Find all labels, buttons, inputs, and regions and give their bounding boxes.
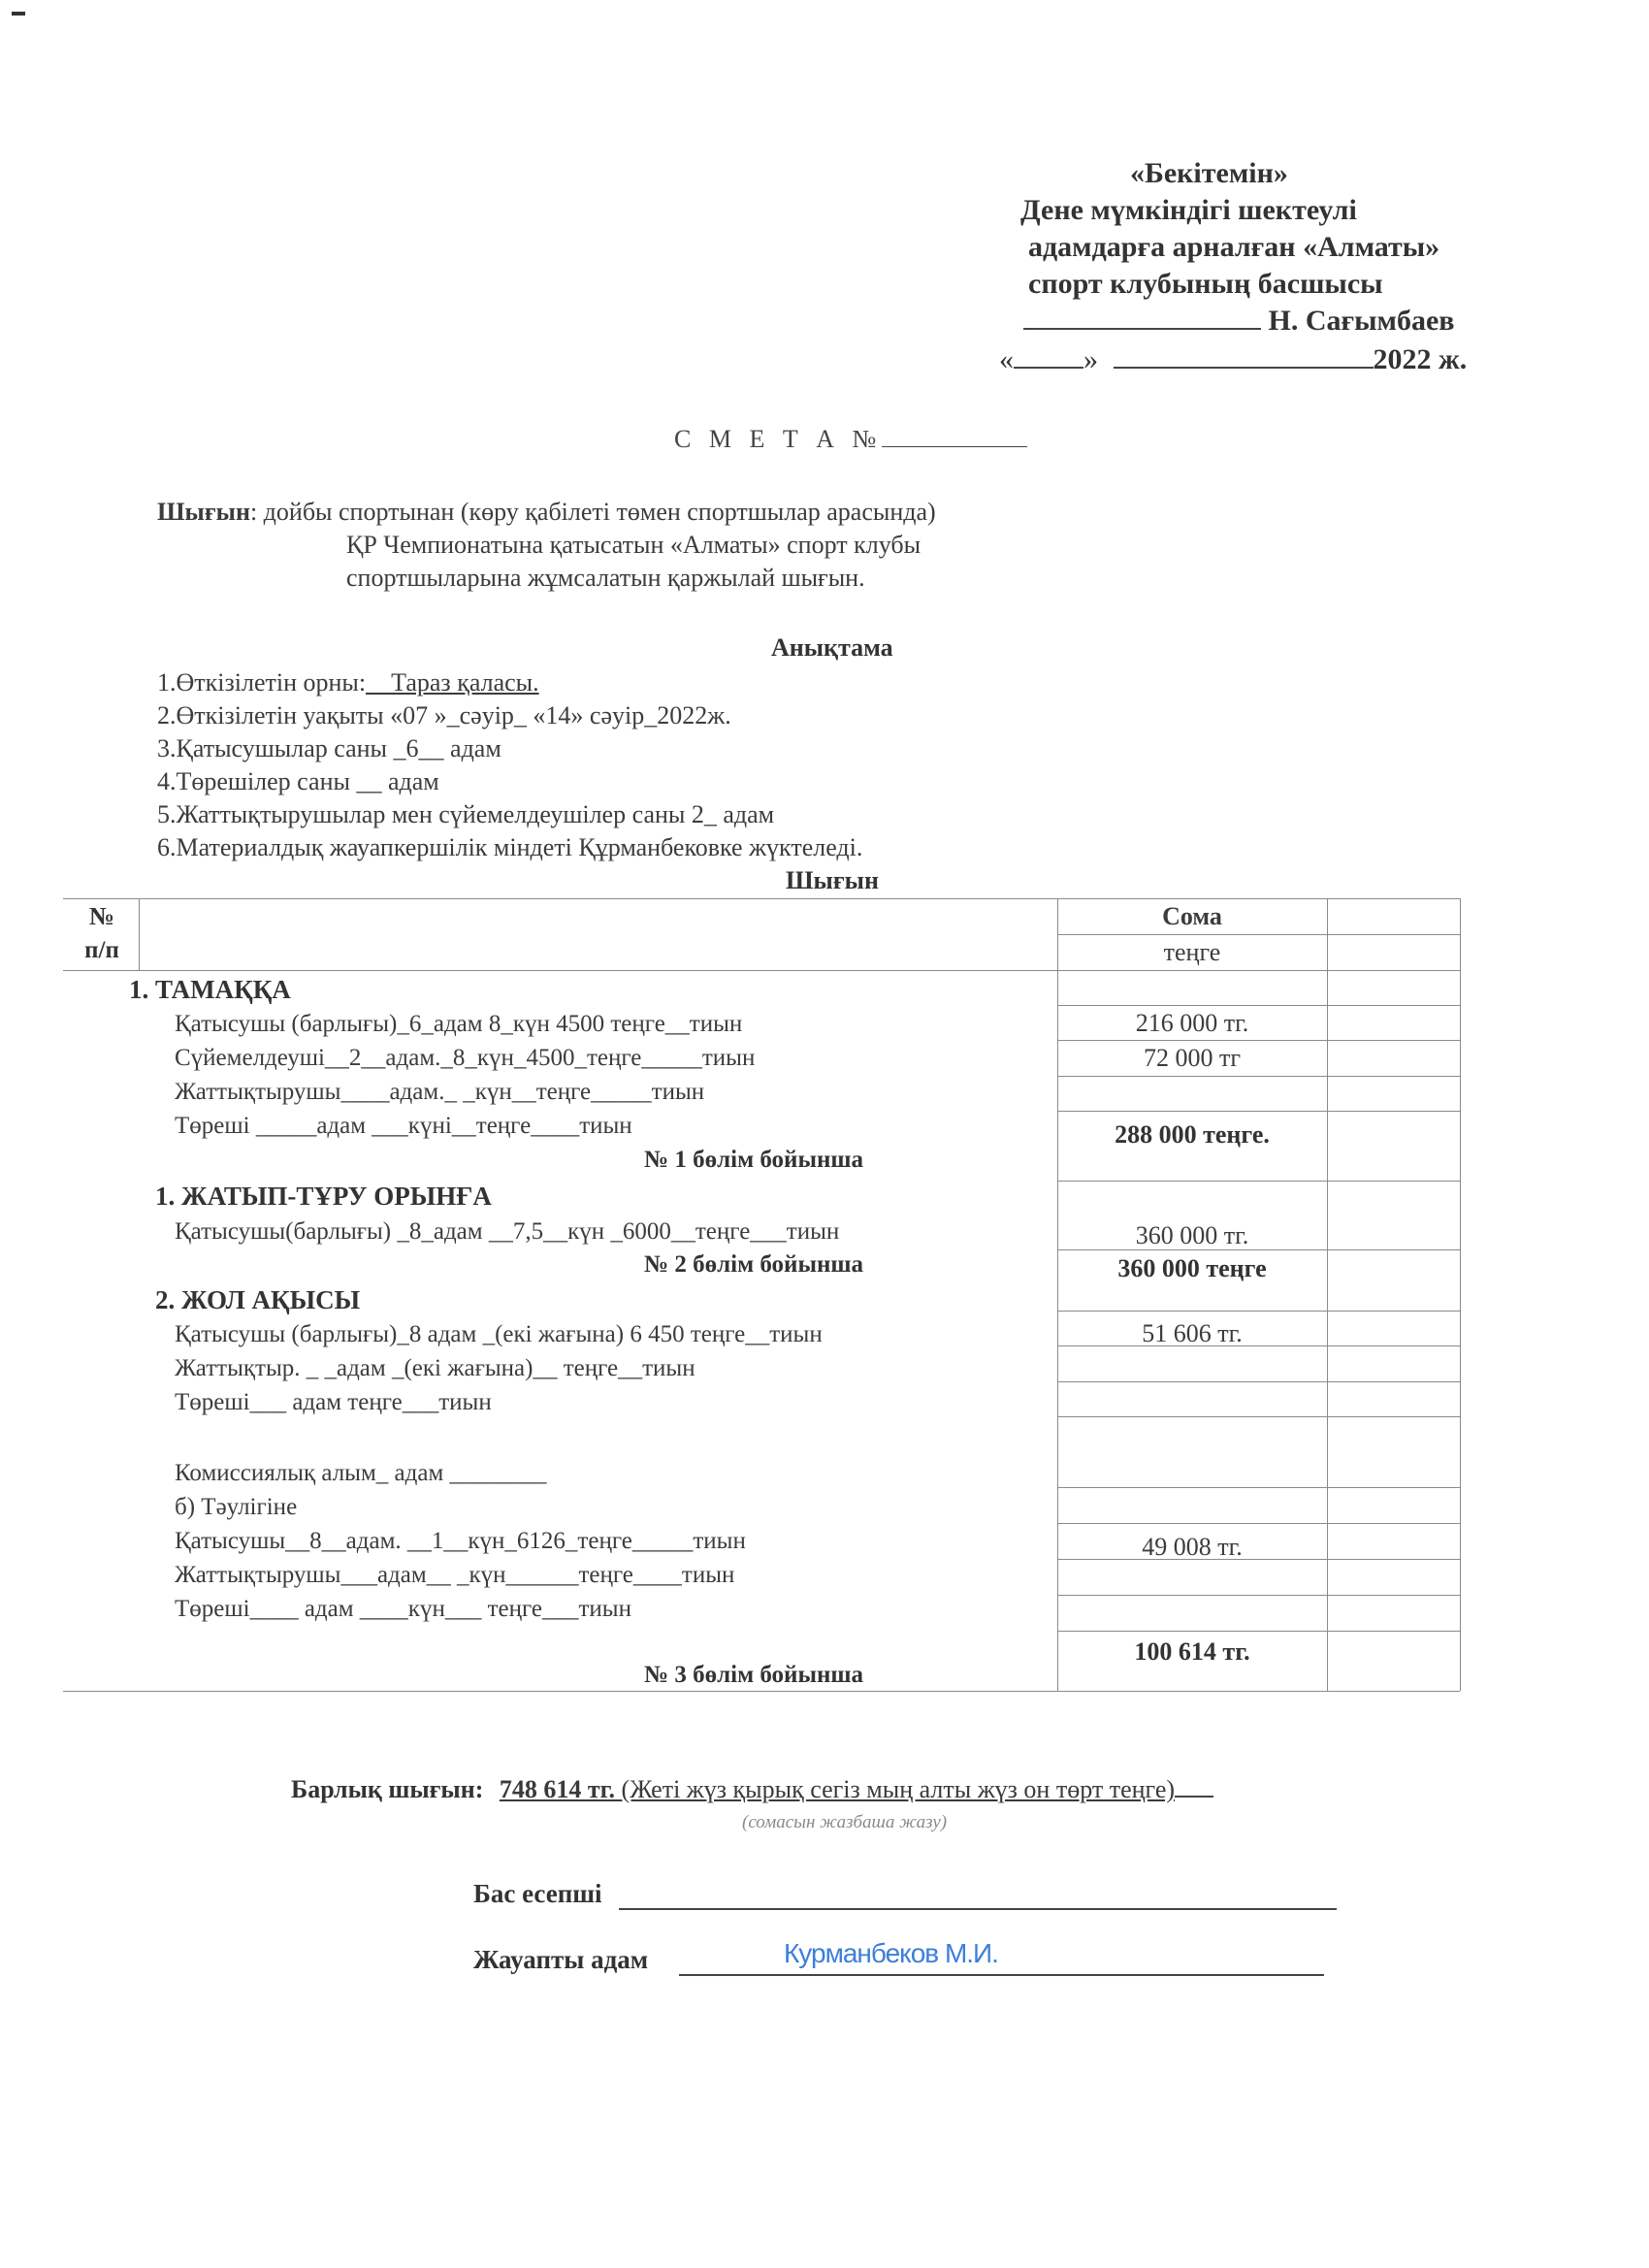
purpose-line-1: Шығын: дойбы спортынан (көру қабілеті тө… [157,497,936,528]
approval-line-2: адамдарға арналған «Алматы» [1028,229,1439,266]
header-amount-currency: теңге [1058,938,1326,967]
grid-line [1057,1111,1460,1112]
chief-accountant-signature-line[interactable] [619,1908,1337,1910]
table-row: Сүйемелдеуші__2__адам._8_күн_4500_теңге_… [175,1045,755,1072]
responsible-signature-line[interactable] [679,1974,1324,1976]
grid-line [1057,1040,1460,1041]
signature-blank[interactable] [1023,303,1261,330]
section-2-title: 1. ЖАТЫП-ТҰРУ ОРЫНҒА [155,1182,492,1212]
table-row: Жаттықтырушы___адам__ _күн______теңге___… [175,1562,734,1589]
chief-accountant-label: Бас есепші [473,1879,602,1909]
grid-line [1057,1416,1460,1417]
approval-year: 2022 ж. [1374,343,1468,375]
purpose-line-2: ҚР Чемпионатына қатысатын «Алматы» спорт… [346,530,921,561]
table-row: Жаттықтыр. _ _адам _(екі жағына)__ теңге… [175,1355,695,1382]
table-bottom-border [63,1691,1460,1692]
grid-line [1057,934,1460,935]
section-3-total-label: № 3 бөлім бойынша [644,1662,863,1689]
reference-item-5: 5.Жаттықтырушылар мен сүйемелдеушілер са… [157,799,774,830]
grand-total-row: Барлық шығын: 748 614 тг. (Жеті жүз қыры… [291,1775,1213,1804]
grid-line [1057,1631,1460,1632]
grid-line [139,898,140,970]
approval-signer-row: Н. Сағымбаев [1023,303,1455,340]
scan-mark [12,12,25,16]
approval-line-1: Дене мүмкіндігі шектеулі [1020,192,1357,229]
grid-line [1327,898,1328,1691]
grand-total-blank [1175,1776,1213,1798]
reference-heading: Анықтама [771,632,893,664]
grid-line [1057,1381,1460,1382]
header-number-sub: п/п [73,937,131,964]
date-day-blank[interactable] [1014,341,1083,369]
reference-item-6: 6.Материалдық жауапкершілік міндеті Құрм… [157,832,862,863]
grid-line [1057,1076,1460,1077]
header-amount: Сома [1058,902,1326,931]
table-row-amount: 51 606 тг. [1058,1319,1326,1348]
responsible-name: Курманбеков М.И. [784,1938,998,1969]
table-row: Қатысушы(барлығы) _8_адам __7,5__күн _60… [175,1218,839,1246]
reference-item-3: 3.Қатысушылар саны _6__ адам [157,733,501,764]
page-title: С М Е Т А № [674,425,1027,454]
table-header-border [63,970,1460,971]
table-row: б) Тәулігіне [175,1494,297,1521]
date-month-blank[interactable] [1114,341,1374,369]
grand-total-label: Барлық шығын: [291,1775,483,1803]
approval-date-row: «» 2022 ж. [999,341,1467,378]
section-1-total-label: № 1 бөлім бойынша [644,1147,863,1174]
purpose-line-3: спортшыларына жұмсалатын қаржылай шығын. [346,563,865,594]
table-row: Қатысушы__8__адам. __1__күн_6126_теңге__… [175,1528,746,1555]
section-3-title: 2. ЖОЛ АҚЫСЫ [155,1285,360,1315]
reference-item-2: 2.Өткізілетін уақыты «07 »_сәуір_ «14» с… [157,700,731,731]
table-row: Қатысушы (барлығы)_6_адам 8_күн 4500 тең… [175,1011,742,1038]
section-2-total-label: № 2 бөлім бойынша [644,1251,863,1279]
estimate-number-blank[interactable] [882,425,1027,447]
approval-signer: Н. Сағымбаев [1269,305,1455,337]
section-3-total: 100 614 тг. [1058,1637,1326,1667]
grand-total-value: 748 614 тг. (Жеті жүз қырық сегіз мың ал… [500,1775,1175,1803]
grid-line [1057,1487,1460,1488]
table-row-amount: 72 000 тг [1058,1044,1326,1073]
grand-total-hint: (сомасын жазбаша жазу) [742,1812,947,1833]
table-top-border [63,898,1460,899]
table-row: Төреші _____адам ___күні__теңге____тиын [175,1113,632,1140]
purpose-label: Шығын [157,498,250,526]
responsible-label: Жауапты адам [473,1945,648,1975]
table-row: Комиссиялық алым_ адам ________ [175,1460,547,1487]
reference-item-1: 1.Өткізілетін орны:__Тараз қаласы. [157,667,539,698]
table-row-amount: 360 000 тг. [1058,1221,1326,1250]
table-row: Жаттықтырушы____адам._ _күн__теңге_____т… [175,1079,704,1106]
table-row: Төреші____ адам ____күн___ теңге___тиын [175,1596,631,1623]
grid-line [1057,1523,1460,1524]
grid-line [1057,1181,1460,1182]
header-number: № [78,902,126,931]
expense-heading: Шығын [786,865,879,896]
table-row: Төреші___ адам теңге___тиын [175,1389,492,1416]
grid-line [1057,1311,1460,1312]
grid-line [1460,898,1461,1691]
reference-item-4: 4.Төрешілер саны __ адам [157,766,439,797]
section-1-total: 288 000 теңге. [1058,1120,1326,1150]
table-row-amount: 49 008 тг. [1058,1533,1326,1562]
section-1-title: 1. ТАМАҚҚА [129,975,291,1005]
grid-line [1057,1595,1460,1596]
table-row-amount: 216 000 тг. [1058,1009,1326,1038]
table-row: Қатысушы (барлығы)_8 адам _(екі жағына) … [175,1321,823,1348]
approval-line-3: спорт клубының басшысы [1028,266,1383,303]
approval-label: «Бекітемін» [1130,155,1288,192]
section-2-total: 360 000 теңге [1058,1254,1326,1283]
grid-line [1057,1005,1460,1006]
